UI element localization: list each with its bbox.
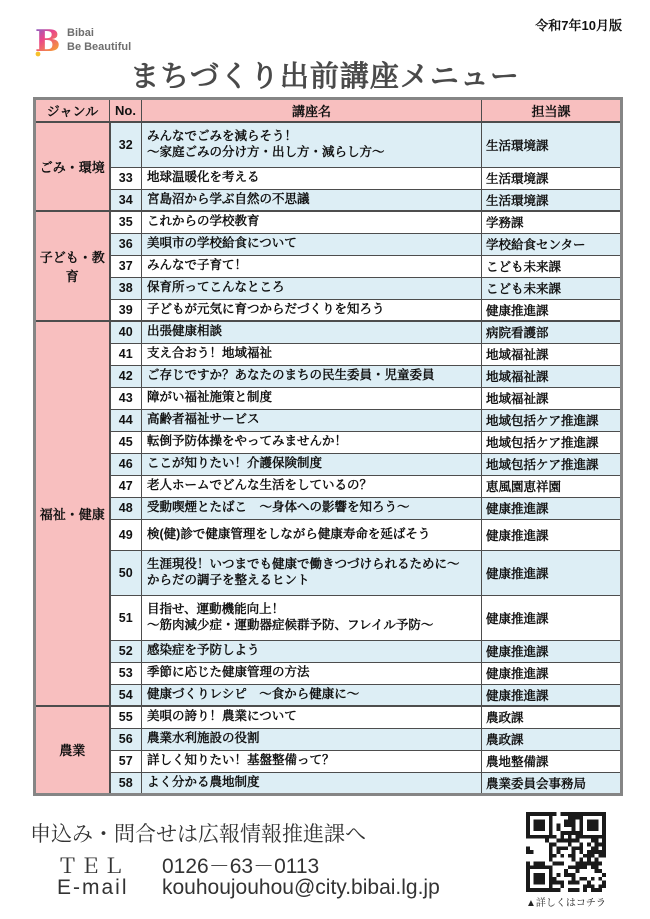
bibai-logo-text: Bibai Be Beautiful xyxy=(67,27,131,55)
course-menu-table: ジャンル No. 講座名 担当課 ごみ・環境32 みんなでごみを減らそう！～家庭… xyxy=(33,97,623,796)
table-header-row: ジャンル No. 講座名 担当課 xyxy=(35,99,622,123)
course-name: 季節に応じた健康管理の方法 xyxy=(142,662,482,684)
course-name: 感染症を予防しよう xyxy=(142,640,482,662)
course-dept: 地域福祉課 xyxy=(482,343,622,365)
course-no: 53 xyxy=(110,662,142,684)
contact-heading: 申込み・問合せは広報情報推進課へ xyxy=(30,818,366,848)
table-row: 57 詳しく知りたい！基盤整備って？ 農地整備課 xyxy=(35,750,622,772)
course-dept: 生活環境課 xyxy=(482,167,622,189)
course-no: 37 xyxy=(110,255,142,277)
course-no: 38 xyxy=(110,277,142,299)
course-name: 美唄市の学校給食について xyxy=(142,233,482,255)
course-no: 36 xyxy=(110,233,142,255)
table-row: 42 ご存じですか？あなたのまちの民生委員・児童委員 地域福祉課 xyxy=(35,365,622,387)
table-row: 47 老人ホームでどんな生活をしているの？ 恵風園恵祥園 xyxy=(35,475,622,497)
genre-cell: 農業 xyxy=(35,706,110,794)
course-dept: 恵風園恵祥園 xyxy=(482,475,622,497)
table-row: 45 転倒予防体操をやってみませんか！ 地域包括ケア推進課 xyxy=(35,431,622,453)
course-no: 58 xyxy=(110,772,142,794)
table-row: 37 みんなで子育て！ こども未来課 xyxy=(35,255,622,277)
course-name: みんなでごみを減らそう！～家庭ごみの分け方・出し方・減らし方～ xyxy=(142,122,482,167)
course-name: 詳しく知りたい！基盤整備って？ xyxy=(142,750,482,772)
course-dept: 地域福祉課 xyxy=(482,365,622,387)
table-row: 41 支え合おう！地域福祉 地域福祉課 xyxy=(35,343,622,365)
course-no: 54 xyxy=(110,684,142,706)
course-name: 支え合おう！地域福祉 xyxy=(142,343,482,365)
table-row: 44 高齢者福祉サービス 地域包括ケア推進課 xyxy=(35,409,622,431)
course-no: 57 xyxy=(110,750,142,772)
table-row: 58 よく分かる農地制度 農業委員会事務局 xyxy=(35,772,622,794)
logo-line2: Be Beautiful xyxy=(67,41,131,55)
logo-line1: Bibai xyxy=(67,27,131,41)
course-dept: 地域包括ケア推進課 xyxy=(482,409,622,431)
table-row: 50 生涯現役！いつまでも健康で働きつづけられるために～からだの調子を整えるヒン… xyxy=(35,550,622,595)
course-name: 生涯現役！いつまでも健康で働きつづけられるために～からだの調子を整えるヒント xyxy=(142,550,482,595)
course-dept: 健康推進課 xyxy=(482,595,622,640)
course-name: 障がい福祉施策と制度 xyxy=(142,387,482,409)
course-dept: 生活環境課 xyxy=(482,122,622,167)
course-no: 41 xyxy=(110,343,142,365)
table-row: 38 保育所ってこんなところ こども未来課 xyxy=(35,277,622,299)
course-no: 39 xyxy=(110,299,142,321)
table-row: 52 感染症を予防しよう 健康推進課 xyxy=(35,640,622,662)
column-header-genre: ジャンル xyxy=(35,99,110,123)
column-header-no: No. xyxy=(110,99,142,123)
course-name: 地球温暖化を考える xyxy=(142,167,482,189)
course-name: よく分かる農地制度 xyxy=(142,772,482,794)
course-no: 33 xyxy=(110,167,142,189)
edition-label: 令和7年10月版 xyxy=(535,15,622,34)
course-no: 47 xyxy=(110,475,142,497)
course-no: 56 xyxy=(110,728,142,750)
table-row: 36 美唄市の学校給食について 学校給食センター xyxy=(35,233,622,255)
course-dept: こども未来課 xyxy=(482,255,622,277)
course-name: 健康づくりレシピ ～食から健康に～ xyxy=(142,684,482,706)
table-row: 48 受動喫煙とたばこ ～身体への影響を知ろう～ 健康推進課 xyxy=(35,497,622,519)
course-dept: 健康推進課 xyxy=(482,640,622,662)
course-no: 45 xyxy=(110,431,142,453)
course-dept: 農政課 xyxy=(482,706,622,728)
table-row: 43 障がい福祉施策と制度 地域福祉課 xyxy=(35,387,622,409)
flyer-page: B Bibai Be Beautiful 令和7年10月版 まちづくり出前講座メ… xyxy=(0,0,650,919)
course-no: 51 xyxy=(110,595,142,640)
course-dept: 地域福祉課 xyxy=(482,387,622,409)
course-name: 出張健康相談 xyxy=(142,321,482,343)
column-header-dept: 担当課 xyxy=(482,99,622,123)
column-header-name: 講座名 xyxy=(142,99,482,123)
qr-caption: ▲詳しくはコチラ xyxy=(526,894,606,909)
course-no: 35 xyxy=(110,211,142,233)
course-name: 保育所ってこんなところ xyxy=(142,277,482,299)
course-no: 49 xyxy=(110,519,142,550)
course-no: 50 xyxy=(110,550,142,595)
course-no: 40 xyxy=(110,321,142,343)
course-dept: 生活環境課 xyxy=(482,189,622,211)
course-no: 32 xyxy=(110,122,142,167)
course-name: 美唄の誇り！農業について xyxy=(142,706,482,728)
table-row: 56 農業水利施設の役割 農政課 xyxy=(35,728,622,750)
course-name: 受動喫煙とたばこ ～身体への影響を知ろう～ xyxy=(142,497,482,519)
course-dept: 地域包括ケア推進課 xyxy=(482,453,622,475)
course-no: 44 xyxy=(110,409,142,431)
course-no: 55 xyxy=(110,706,142,728)
genre-cell: ごみ・環境 xyxy=(35,122,110,211)
course-dept: 健康推進課 xyxy=(482,684,622,706)
email-value: kouhoujouhou@city.bibai.lg.jp xyxy=(162,876,440,900)
course-dept: 健康推進課 xyxy=(482,662,622,684)
table-row: 33 地球温暖化を考える 生活環境課 xyxy=(35,167,622,189)
course-name: 転倒予防体操をやってみませんか！ xyxy=(142,431,482,453)
genre-cell: 子ども・教育 xyxy=(35,211,110,321)
email-label: E-mail xyxy=(57,876,162,900)
table-row: 農業55 美唄の誇り！農業について 農政課 xyxy=(35,706,622,728)
course-name: 子どもが元気に育つからだづくりを知ろう xyxy=(142,299,482,321)
table-row: 53 季節に応じた健康管理の方法 健康推進課 xyxy=(35,662,622,684)
bibai-logo-icon: B xyxy=(34,24,60,58)
course-name: みんなで子育て！ xyxy=(142,255,482,277)
table-row: 54 健康づくりレシピ ～食から健康に～ 健康推進課 xyxy=(35,684,622,706)
course-no: 48 xyxy=(110,497,142,519)
course-name: 目指せ、運動機能向上！～筋肉減少症・運動器症候群予防、フレイル予防～ xyxy=(142,595,482,640)
course-dept: 学校給食センター xyxy=(482,233,622,255)
page-title: まちづくり出前講座メニュー xyxy=(0,54,650,95)
email-row: E-mail kouhoujouhou@city.bibai.lg.jp xyxy=(57,876,440,900)
course-dept: 農政課 xyxy=(482,728,622,750)
course-name: 老人ホームでどんな生活をしているの？ xyxy=(142,475,482,497)
course-dept: 健康推進課 xyxy=(482,497,622,519)
course-no: 43 xyxy=(110,387,142,409)
course-name: 宮島沼から学ぶ自然の不思議 xyxy=(142,189,482,211)
course-dept: 農地整備課 xyxy=(482,750,622,772)
table-row: 46 ここが知りたい！介護保険制度 地域包括ケア推進課 xyxy=(35,453,622,475)
course-no: 52 xyxy=(110,640,142,662)
course-dept: 学務課 xyxy=(482,211,622,233)
table-row: ごみ・環境32 みんなでごみを減らそう！～家庭ごみの分け方・出し方・減らし方～ … xyxy=(35,122,622,167)
table-row: 子ども・教育35 これからの学校教育 学務課 xyxy=(35,211,622,233)
course-dept: 地域包括ケア推進課 xyxy=(482,431,622,453)
course-name: ご存じですか？あなたのまちの民生委員・児童委員 xyxy=(142,365,482,387)
course-name: 高齢者福祉サービス xyxy=(142,409,482,431)
course-no: 46 xyxy=(110,453,142,475)
course-dept: 健康推進課 xyxy=(482,299,622,321)
course-no: 42 xyxy=(110,365,142,387)
genre-cell: 福祉・健康 xyxy=(35,321,110,706)
table-row: 51 目指せ、運動機能向上！～筋肉減少症・運動器症候群予防、フレイル予防～ 健康… xyxy=(35,595,622,640)
course-name: ここが知りたい！介護保険制度 xyxy=(142,453,482,475)
course-name: これからの学校教育 xyxy=(142,211,482,233)
course-name: 検(健)診で健康管理をしながら健康寿命を延ばそう xyxy=(142,519,482,550)
course-dept: 健康推進課 xyxy=(482,550,622,595)
qr-block: ▲詳しくはコチラ xyxy=(526,812,606,909)
table-row: 34 宮島沼から学ぶ自然の不思議 生活環境課 xyxy=(35,189,622,211)
course-dept: 病院看護部 xyxy=(482,321,622,343)
course-dept: 農業委員会事務局 xyxy=(482,772,622,794)
course-dept: こども未来課 xyxy=(482,277,622,299)
bibai-logo: B Bibai Be Beautiful xyxy=(34,24,131,58)
qr-code-icon xyxy=(526,812,606,892)
table-row: 福祉・健康40 出張健康相談 病院看護部 xyxy=(35,321,622,343)
course-dept: 健康推進課 xyxy=(482,519,622,550)
course-name: 農業水利施設の役割 xyxy=(142,728,482,750)
table-row: 49 検(健)診で健康管理をしながら健康寿命を延ばそう 健康推進課 xyxy=(35,519,622,550)
table-row: 39 子どもが元気に育つからだづくりを知ろう 健康推進課 xyxy=(35,299,622,321)
course-no: 34 xyxy=(110,189,142,211)
